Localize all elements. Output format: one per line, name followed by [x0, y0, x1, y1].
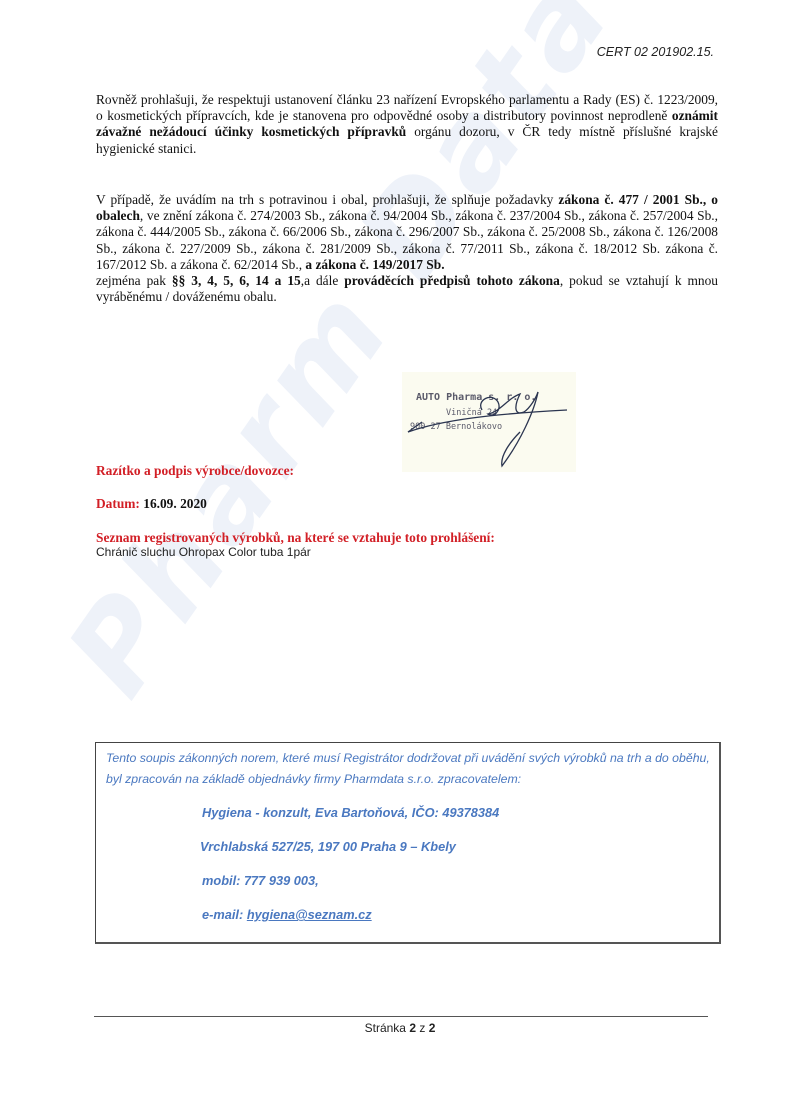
cosmetics-declaration-paragraph: Rovněž prohlašuji, že respektuji ustanov…	[96, 92, 718, 157]
company-stamp: AUTO Pharma s. r. o. Viničná 24 900 27 B…	[402, 372, 576, 472]
packaging-declaration-paragraph: V případě, že uvádím na trh s potravinou…	[96, 192, 718, 305]
processor-address: Vrchlabská 527/25, 197 00 Praha 9 – Kbel…	[200, 839, 456, 854]
processor-email-row: e-mail: hygiena@seznam.cz	[202, 907, 372, 922]
products-list-label: Seznam registrovaných výrobků, na které …	[96, 530, 495, 546]
certificate-code: CERT 02 201902.15.	[597, 45, 714, 59]
footer-divider	[94, 1016, 708, 1017]
processor-mobile: mobil: 777 939 003,	[202, 873, 319, 888]
info-intro-text: Tento soupis zákonných norem, které musí…	[106, 748, 716, 790]
date-row: Datum: 16.09. 2020	[96, 496, 207, 512]
product-item: Chránič sluchu Ohropax Color tuba 1pár	[96, 545, 311, 559]
page-number: Stránka 2 z 2	[0, 1021, 800, 1035]
date-value: 16.09. 2020	[143, 496, 207, 511]
stamp-signature-label: Razítko a podpis výrobce/dovozce:	[96, 463, 294, 479]
handwritten-signature	[402, 372, 576, 472]
email-label: e-mail:	[202, 907, 247, 922]
date-label: Datum:	[96, 496, 140, 511]
processor-name: Hygiena - konzult, Eva Bartoňová, IČO: 4…	[202, 805, 499, 820]
processor-info-box: Tento soupis zákonných norem, které musí…	[95, 742, 721, 944]
email-link[interactable]: hygiena@seznam.cz	[247, 907, 372, 922]
document-page: Pharm Data s.r.o. CERT 02 201902.15. Rov…	[0, 0, 800, 1100]
